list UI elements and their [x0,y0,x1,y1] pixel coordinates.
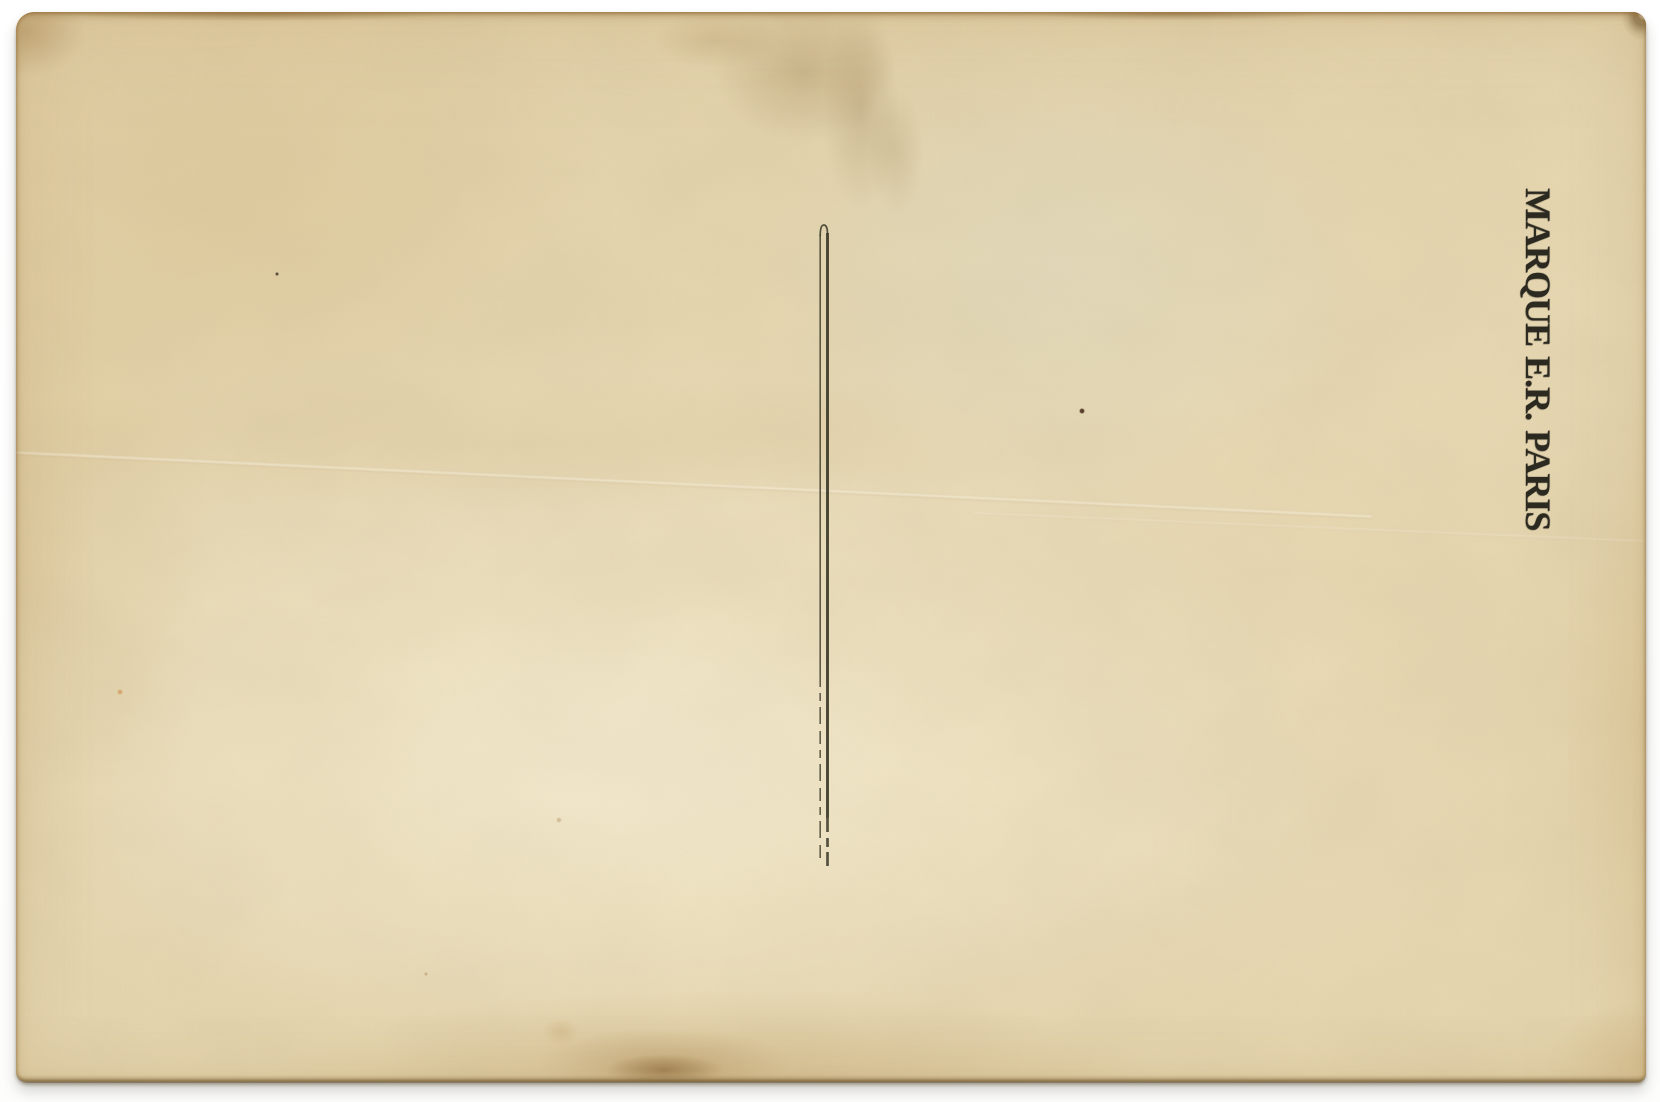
scan-background: { "postcard": { "publisher_mark": "MARQU… [0,0,1660,1102]
publisher-mark-text: MARQUE E.R. PARIS [1518,188,1558,530]
postcard-back: MARQUE E.R. PARIS [16,12,1646,1082]
scan-surface: MARQUE E.R. PARIS [0,0,1660,1102]
bottom-edge-grime [16,1075,1646,1082]
top-edge-grime [16,12,1646,22]
message-divider-line [814,222,834,870]
publisher-mark: MARQUE E.R. PARIS [1517,188,1559,568]
